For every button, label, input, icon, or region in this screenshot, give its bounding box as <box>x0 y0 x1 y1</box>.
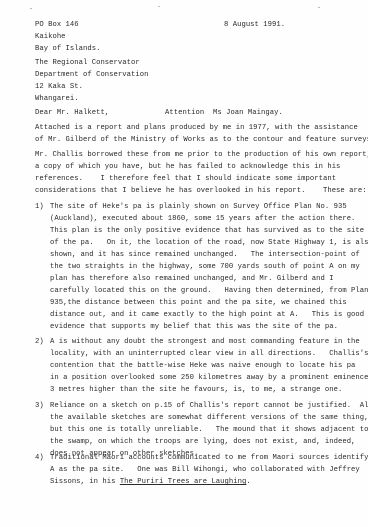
item-line: evidence that supports my belief that th… <box>50 323 338 332</box>
item-line: carefully located this on the ground. Ha… <box>50 287 368 296</box>
paragraph-line: Attached is a report and plans produced … <box>35 124 358 133</box>
scan-speck <box>30 8 32 9</box>
item-line: distance out, and it came exactly to the… <box>50 311 364 320</box>
item-line: Reliance on a sketch on p.15 of Challis'… <box>50 402 368 411</box>
item-line: The site of Heke's pa is plainly shown o… <box>50 203 347 212</box>
recipient-address-line: Whangarei. <box>35 95 79 104</box>
book-title: The Puriri Trees are Laughing <box>120 478 247 486</box>
attention-line: Attention Ms Joan Maingay. <box>165 109 283 118</box>
scan-speck <box>318 7 320 8</box>
sender-address-line: Bay of Islands. <box>35 45 100 54</box>
paragraph-line: considerations that I believe he has ove… <box>35 187 367 196</box>
item-line: but this one is totally unreliable. The … <box>50 426 368 435</box>
item-line: 3 metres higher than the site he favours… <box>50 386 342 395</box>
letter-date: 8 August 1991. <box>224 21 285 30</box>
sender-address-line: PO Box 146 <box>35 21 79 30</box>
item-line: the available sketches are somewhat diff… <box>50 414 368 423</box>
item-line: shown, and it has since remained unchang… <box>50 251 360 260</box>
paragraph-line: Mr. Challis borrowed these from me prior… <box>35 151 368 160</box>
item-line: Sissons, in his <box>50 478 120 486</box>
paragraph-line: a copy of which you have, but he has fai… <box>35 163 340 172</box>
item-number: 4) <box>35 454 44 463</box>
recipient-address-line: 12 Kaka St. <box>35 83 83 92</box>
item-line: This plan is the only positive evidence … <box>50 227 364 236</box>
item-line: A is without any doubt the strongest and… <box>50 338 360 347</box>
recipient-address-line: Department of Conservation <box>35 71 148 80</box>
item-line-with-title: Sissons, in his The Puriri Trees are Lau… <box>50 478 251 487</box>
letter-page: PO Box 146 8 August 1991. Kaikohe Bay of… <box>0 0 368 527</box>
item-line: (Auckland), executed about 1860, some 15… <box>50 215 355 224</box>
item-line: the two straights in the highway, some 7… <box>50 263 360 272</box>
item-line: Traditional Maori accounts communicated … <box>50 454 368 463</box>
item-number: 2) <box>35 338 44 347</box>
scan-speck <box>158 6 160 7</box>
item-line: of the pa. On it, the location of the ro… <box>50 239 368 248</box>
item-number: 3) <box>35 402 44 411</box>
salutation: Dear Mr. Halkett, <box>35 109 109 118</box>
sender-address-line: Kaikohe <box>35 33 66 42</box>
item-line: contention that the battle-wise Heke was… <box>50 362 355 371</box>
recipient-address-line: The Regional Conservator <box>35 59 140 68</box>
sentence-end: . <box>246 478 250 486</box>
item-line: A as the pa site. One was Bill Wihongi, … <box>50 466 360 475</box>
item-line: in a position overlooked some 250 kilome… <box>50 374 368 383</box>
paragraph-line: references. I therefore feel that I shou… <box>35 175 336 184</box>
item-line: the swamp, on which the troops are lying… <box>50 438 355 447</box>
item-line: plan has therefore also remained unchang… <box>50 275 334 284</box>
item-line: locality, with an uninterrupted clear vi… <box>50 350 368 359</box>
item-line: 935,the distance between this point and … <box>50 299 347 308</box>
item-number: 1) <box>35 203 44 212</box>
paragraph-line: of Mr. Gilberd of the Ministry of Works … <box>35 136 368 145</box>
